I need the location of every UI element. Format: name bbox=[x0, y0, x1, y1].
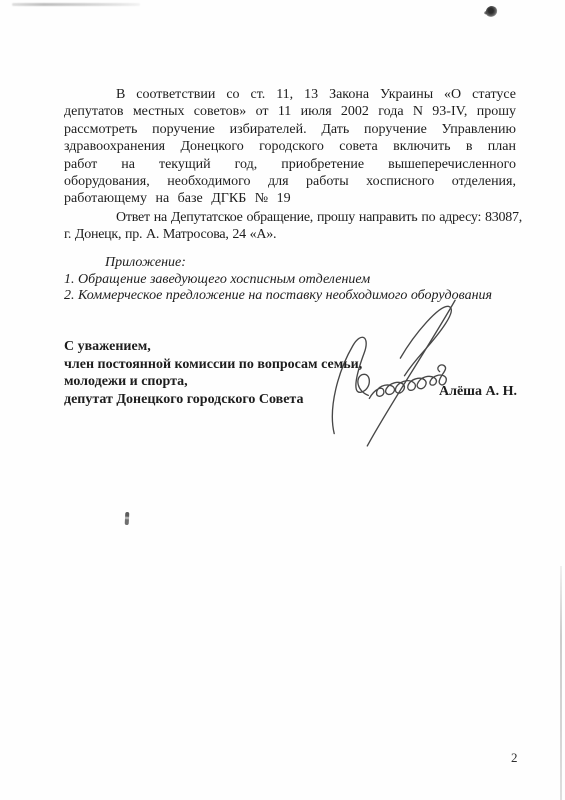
signature-diagonal-stroke bbox=[367, 300, 455, 446]
attachments-heading: Приложение: bbox=[64, 255, 524, 272]
body-paragraph-legal-basis: В соответствии со ст. 11, 13 Закона Укра… bbox=[64, 86, 516, 208]
ink-smudge-icon bbox=[485, 5, 499, 19]
body-paragraph-reply-address: Ответ на Депутатское обращение, прошу на… bbox=[64, 209, 522, 244]
signature-left-scrawl bbox=[332, 337, 369, 433]
scan-edge-line bbox=[560, 566, 562, 800]
scanned-letter-page: В соответствии со ст. 11, 13 Закона Укра… bbox=[0, 0, 565, 800]
attachment-item-1: 1. Обращение заведующего хосписным отдел… bbox=[64, 272, 524, 289]
ink-mark-artifact bbox=[125, 512, 130, 525]
scan-streak-artifact bbox=[12, 3, 140, 6]
handwritten-signature bbox=[328, 292, 483, 447]
page-number: 2 bbox=[511, 750, 518, 766]
